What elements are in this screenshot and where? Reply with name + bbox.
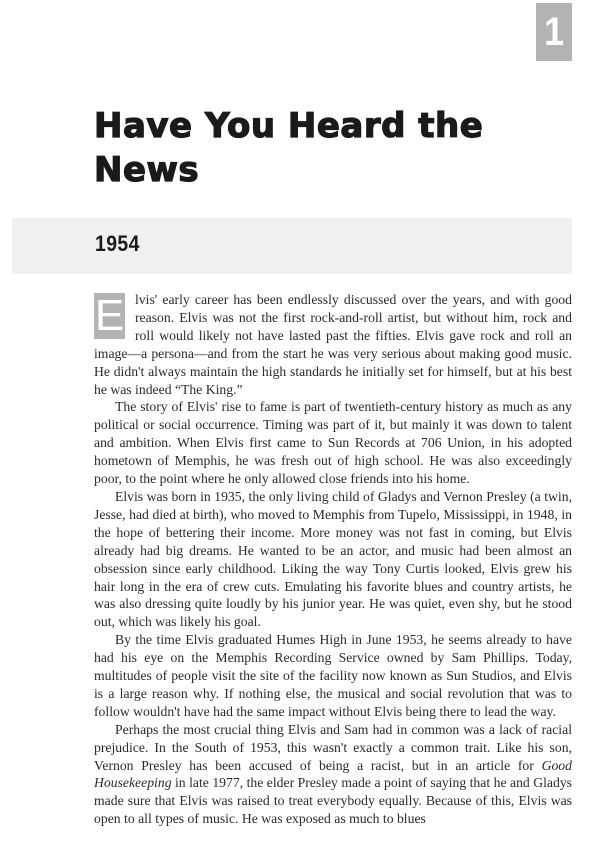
chapter-title: Have You Heard the News	[94, 104, 564, 192]
drop-cap: E	[94, 293, 125, 339]
chapter-number: 1	[544, 12, 564, 52]
body-text: Elvis' early career has been endlessly d…	[94, 291, 572, 828]
paragraph-text: lvis' early career has been endlessly di…	[94, 292, 572, 397]
paragraph: Elvis' early career has been endlessly d…	[94, 291, 572, 398]
paragraph: Elvis was born in 1935, the only living …	[94, 488, 572, 631]
section-heading: 1954	[95, 231, 140, 257]
paragraph-text: Perhaps the most crucial thing Elvis and…	[94, 722, 572, 773]
paragraph: The story of Elvis' rise to fame is part…	[94, 398, 572, 488]
chapter-number-tab: 1	[536, 3, 572, 61]
paragraph: By the time Elvis graduated Humes High i…	[94, 631, 572, 721]
section-heading-band: 1954	[12, 218, 572, 274]
paragraph: Perhaps the most crucial thing Elvis and…	[94, 721, 572, 828]
